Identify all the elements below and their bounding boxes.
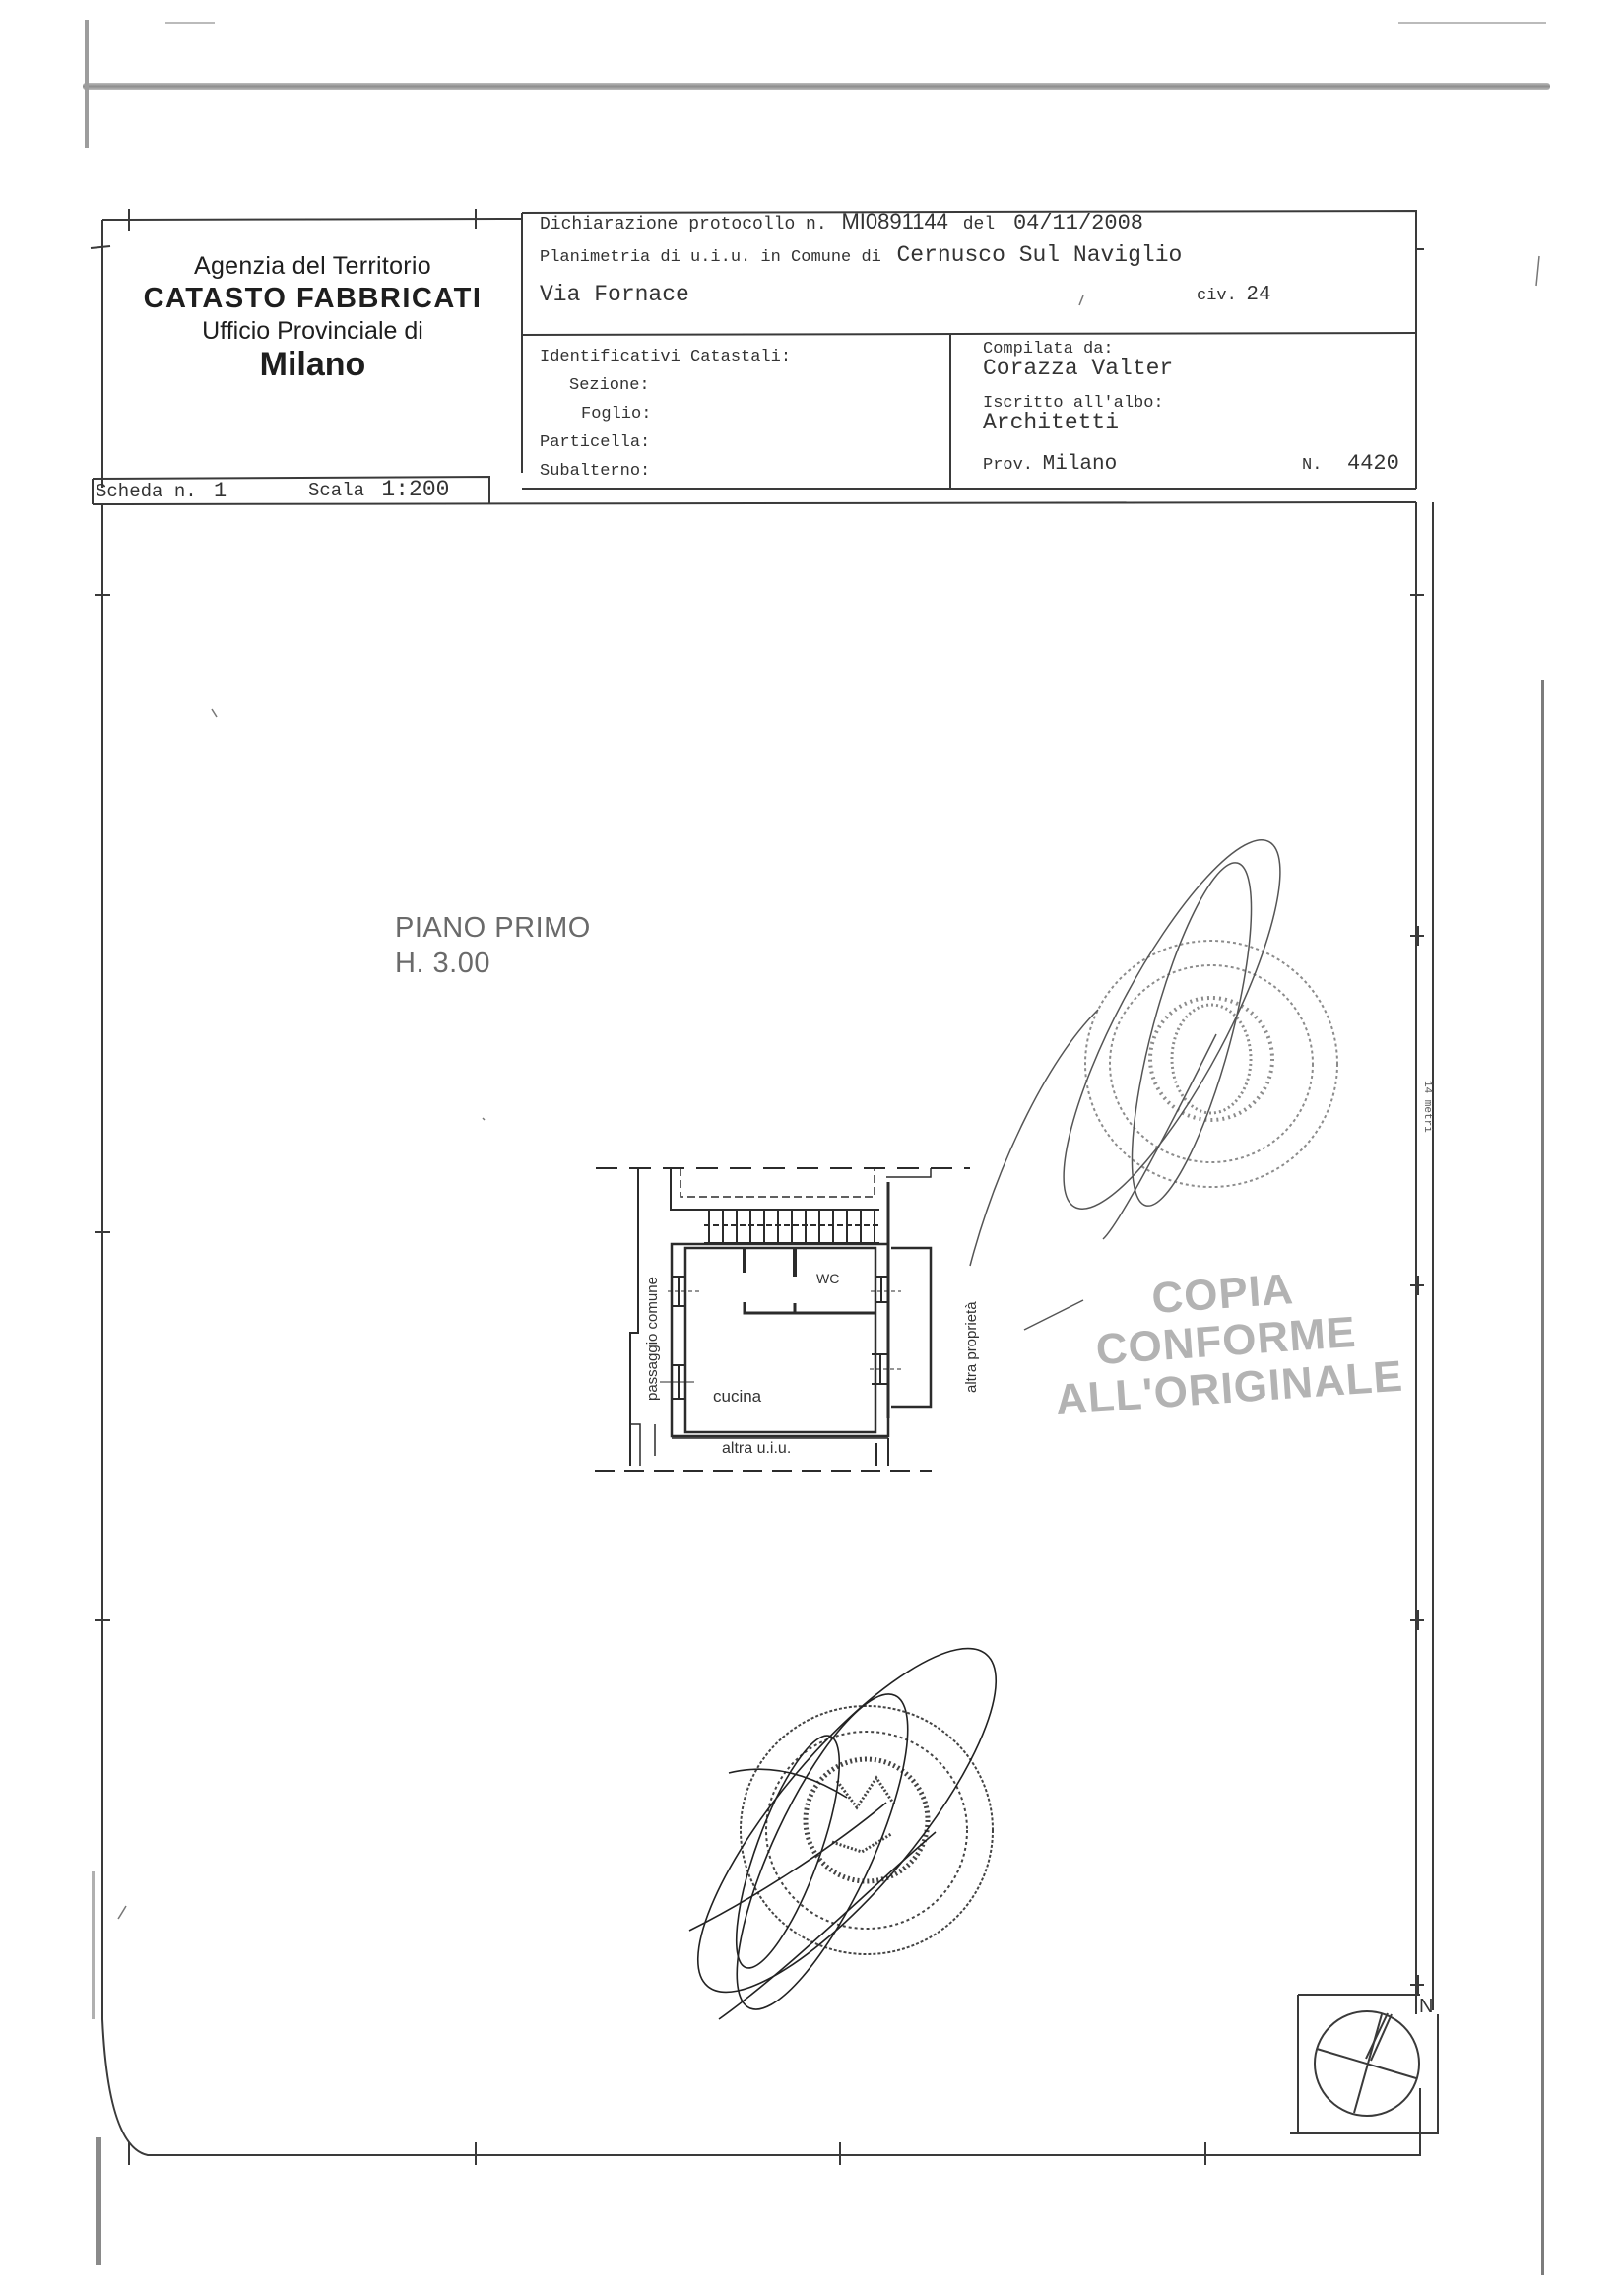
floor-height: H. 3.00 (395, 946, 591, 981)
prov-field: Prov. Milano (983, 453, 1117, 476)
identificativi-block: Identificativi Catastali: Sezione: Fogli… (540, 343, 791, 486)
scan-specks (118, 256, 1539, 1919)
room-label-kitchen: cucina (713, 1387, 761, 1407)
civico-value: 24 (1246, 284, 1270, 306)
field-particella: Particella: (540, 428, 791, 457)
sezione-label: Sezione: (569, 376, 650, 395)
signature-upper (970, 817, 1317, 1330)
seal-stamp-upper (1085, 941, 1337, 1187)
floor-name: PIANO PRIMO (395, 910, 591, 946)
civico-label: civ. (1197, 287, 1237, 305)
agency-office: Ufficio Provinciale di (103, 317, 522, 346)
margin-note: 14 metri (1421, 1081, 1433, 1133)
dichiarazione-label: Dichiarazione protocollo n. (540, 215, 827, 234)
protocol-date: 04/11/2008 (1013, 211, 1143, 235)
planimetria-label: Planimetria di u.i.u. in Comune di (540, 248, 881, 267)
albo-value: Architetti (983, 412, 1173, 433)
dichiarazione-row: Dichiarazione protocollo n. MI0891144 de… (540, 209, 1143, 235)
scala-value: 1:200 (381, 477, 449, 502)
agency-block: Agenzia del Territorio CATASTO FABBRICAT… (103, 252, 522, 384)
agency-name: Agenzia del Territorio (103, 252, 522, 281)
room-label-wc: WC (816, 1271, 839, 1286)
compass-icon (1298, 1995, 1420, 2133)
identificativi-title: Identificativi Catastali: (540, 343, 791, 371)
compilata-block: Compilata da: Corazza Valter Iscritto al… (983, 341, 1173, 433)
compilata-name: Corazza Valter (983, 358, 1173, 379)
label-other-unit: altra u.i.u. (722, 1440, 791, 1458)
field-foglio: Foglio: (540, 400, 791, 428)
scheda-field: Scheda n. 1 (96, 479, 227, 503)
copia-conforme-stamp: COPIA CONFORME ALL'ORIGINALE (1044, 1259, 1407, 1425)
address-street: Via Fornace (540, 282, 689, 307)
subalterno-label: Subalterno: (540, 462, 650, 481)
label-other-property: altra proprietà (963, 1301, 980, 1393)
foglio-label: Foglio: (581, 405, 651, 424)
scala-label: Scala (308, 480, 364, 501)
prov-value: Milano (1043, 453, 1118, 476)
field-sezione: Sezione: (540, 371, 791, 400)
signature-lower (655, 1609, 1039, 2030)
albo-number-label: N. (1302, 456, 1322, 475)
protocol-number: MI0891144 (841, 209, 947, 233)
comune-value: Cernusco Sul Naviglio (896, 242, 1182, 268)
agency-department: CATASTO FABBRICATI (103, 283, 522, 315)
scheda-label: Scheda n. (96, 481, 197, 502)
albo-number-value: 4420 (1347, 451, 1399, 476)
prov-label: Prov. (983, 456, 1033, 475)
scheda-value: 1 (214, 479, 227, 503)
date-label: del (963, 215, 995, 234)
scala-field: Scala 1:200 (308, 477, 449, 502)
field-subalterno: Subalterno: (540, 457, 791, 486)
compass-north-label: N (1419, 1996, 1433, 2018)
planimetria-row: Planimetria di u.i.u. in Comune di Cernu… (540, 242, 1182, 268)
albo-number-field: N. 4420 (1302, 451, 1399, 476)
address-civico: civ. 24 (1197, 284, 1271, 306)
particella-label: Particella: (540, 433, 650, 452)
floor-title: PIANO PRIMO H. 3.00 (395, 910, 591, 981)
agency-city: Milano (103, 346, 522, 384)
